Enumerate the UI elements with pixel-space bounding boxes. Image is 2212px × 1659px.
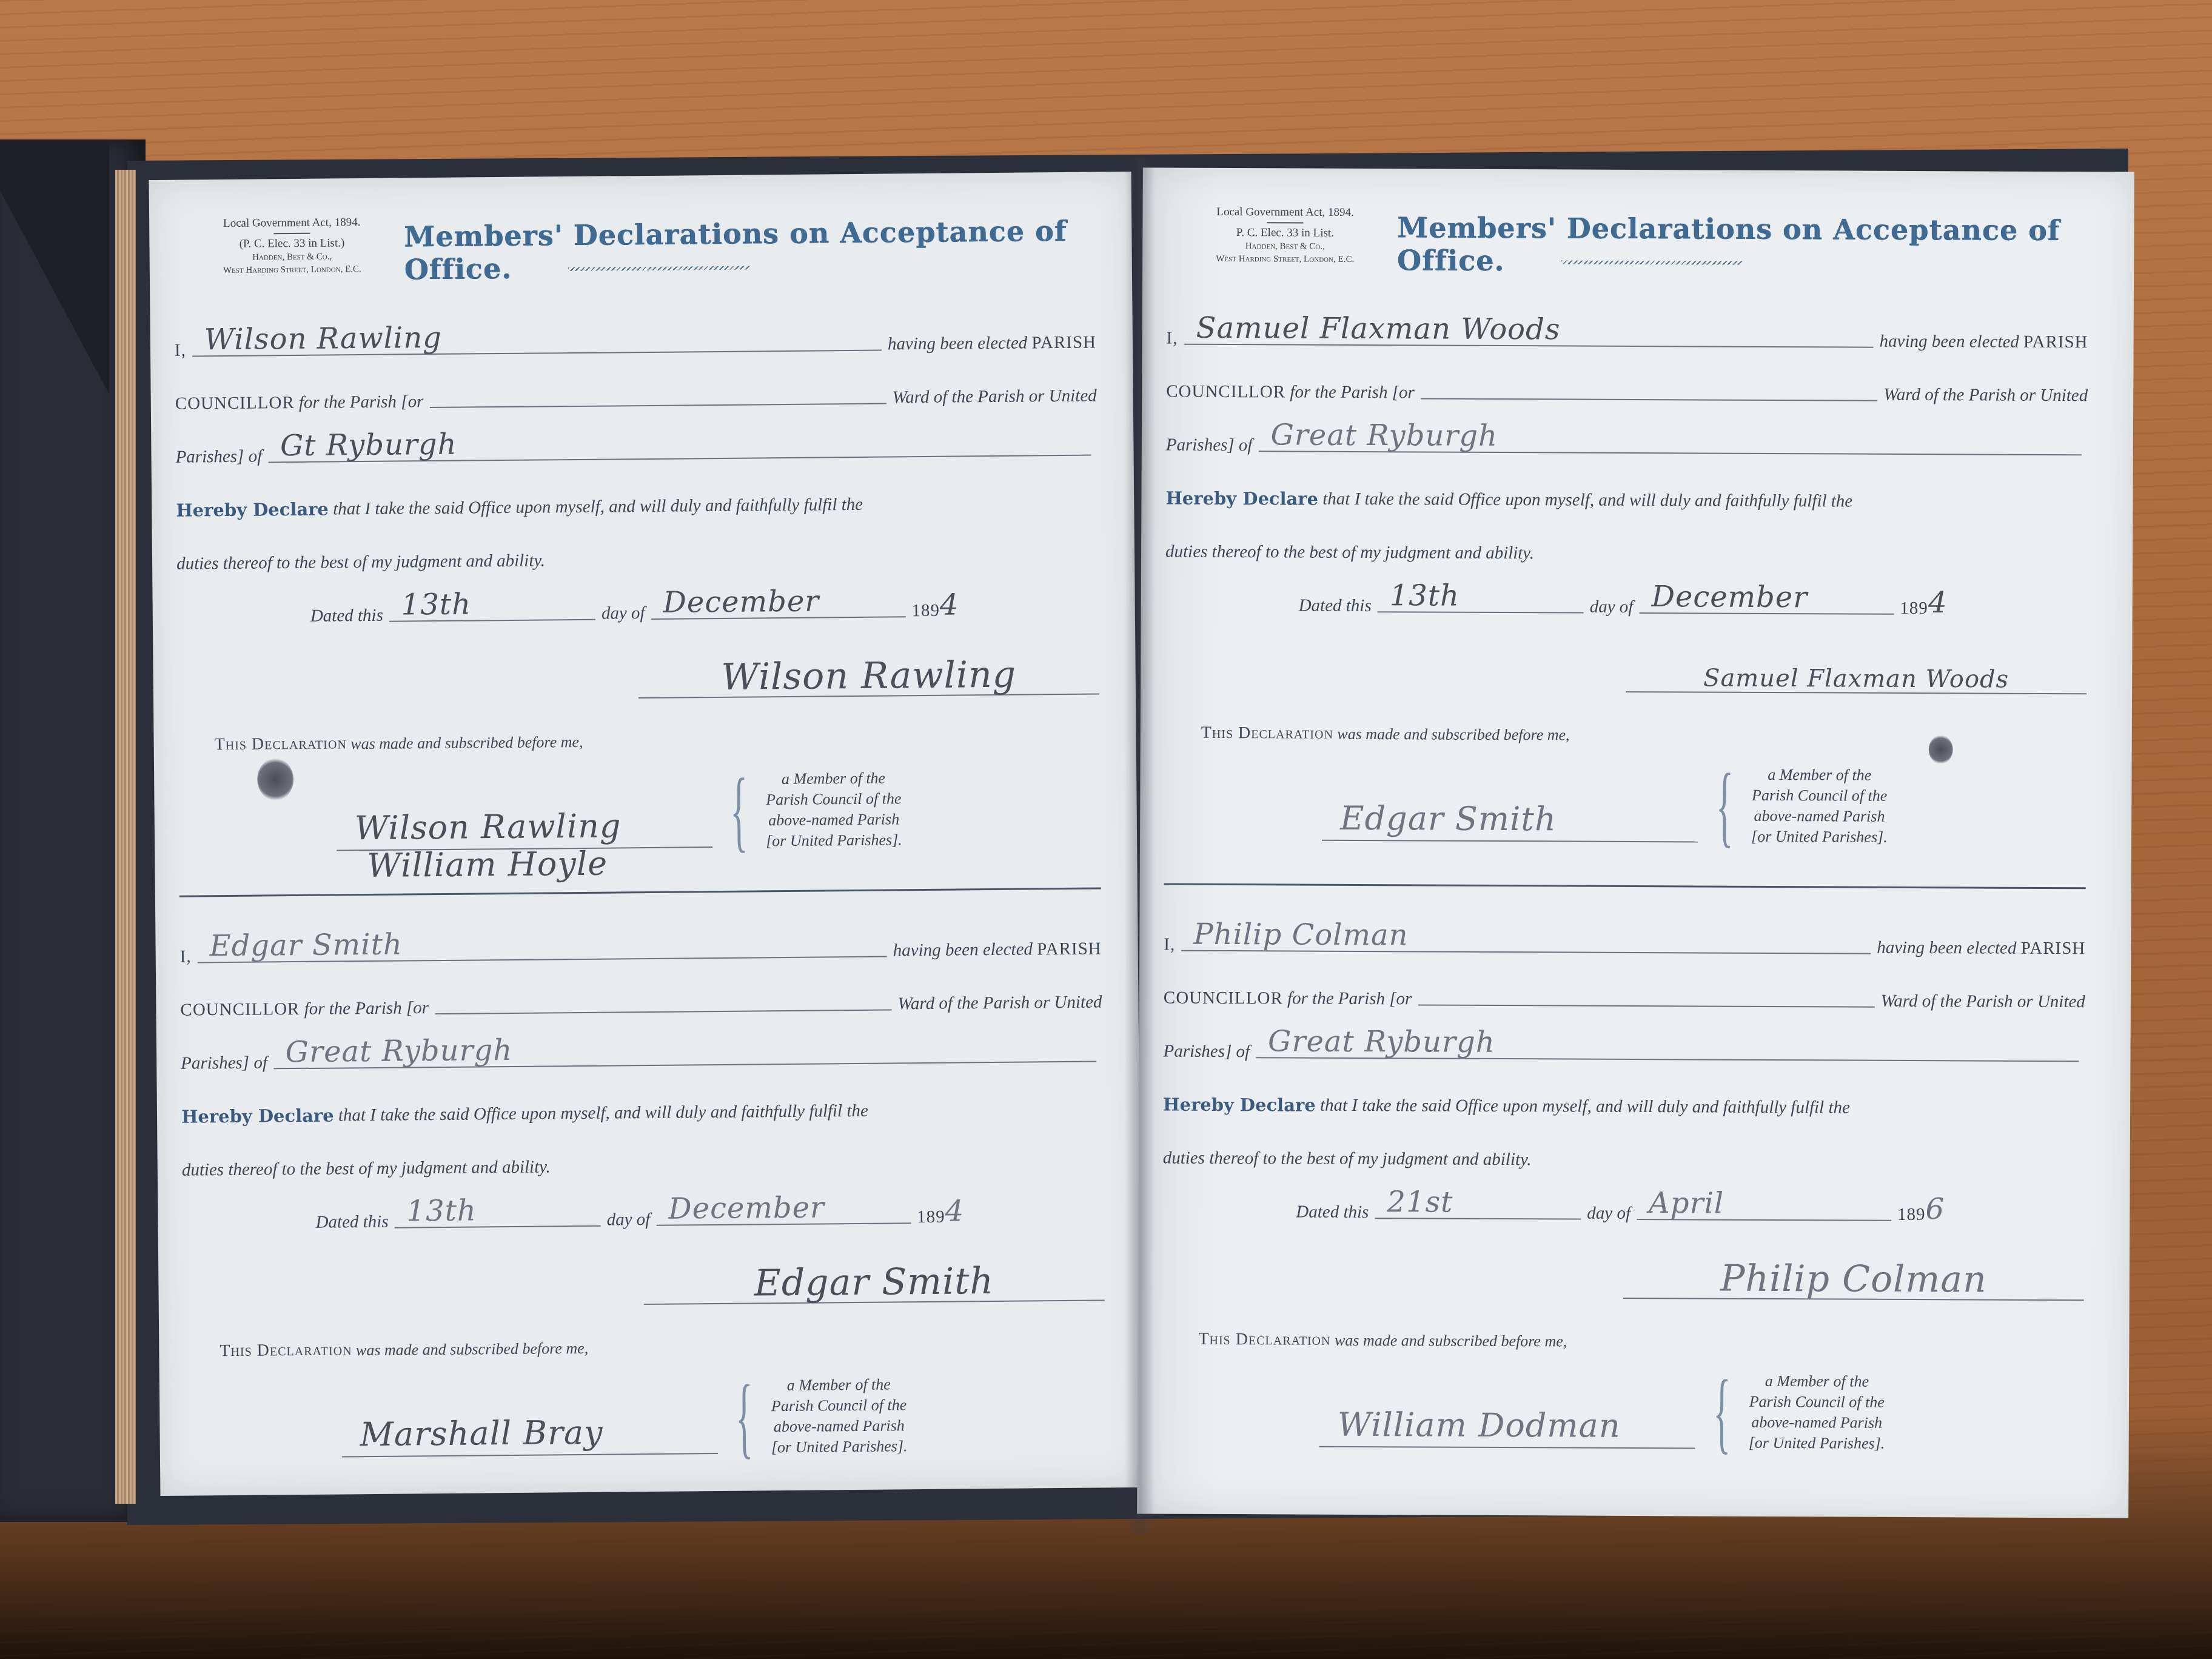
witness-signature: Edgar Smith: [1340, 802, 1557, 837]
name-row: I, Wilson Rawling having been elected PA…: [174, 299, 1096, 360]
member-name: Wilson Rawling: [204, 323, 443, 355]
declaration-block: I, Edgar Smith having been elected PARIS…: [179, 905, 1106, 1482]
year-prefix: 189: [911, 601, 940, 621]
witness-signature: Marshall Bray: [360, 1416, 603, 1452]
ward-field: [435, 973, 892, 1014]
page-header: Local Government Act, 1894. (P. C. Elec.…: [179, 196, 1102, 301]
duties-row: duties thereof to the best of my judgmen…: [181, 1119, 1104, 1180]
witness-line: Edgar Smith: [1322, 767, 1698, 843]
publisher: Hadden, Best & Co.,: [192, 250, 392, 264]
parish-row: Parishes] of Great Ryburgh: [1166, 402, 2088, 460]
month-value: December: [663, 586, 819, 618]
duties-row: duties thereof to the best of my judgmen…: [1165, 509, 2087, 566]
name-field: Samuel Flaxman Woods: [1184, 307, 1873, 348]
ward-row: COUNCILLOR for the Parish [or Ward of th…: [1166, 349, 2088, 406]
month-field: December: [656, 1186, 911, 1226]
name-row: I, Samuel Flaxman Woods having been elec…: [1167, 295, 2088, 353]
name-row: I, Philip Colman having been elected PAR…: [1164, 902, 2085, 959]
member-note: a Member of the Parish Council of the ab…: [771, 1375, 908, 1458]
signature-line: Samuel Flaxman Woods: [1626, 631, 2086, 694]
signature-row: Wilson Rawling: [177, 619, 1099, 706]
member-signature: Wilson Rawling: [721, 657, 1016, 697]
member-signature: Edgar Smith: [754, 1263, 994, 1302]
day-field: 21st: [1375, 1181, 1581, 1219]
declaration-block: I, Philip Colman having been elected PAR…: [1161, 902, 2085, 1475]
brace-icon: {: [1716, 760, 1734, 851]
witness-signature: William Dodman: [1338, 1409, 1621, 1444]
declare-row: Hereby Declare that I take the said Offi…: [181, 1065, 1103, 1127]
day-field: 13th: [1378, 575, 1584, 613]
i-prefix: I,: [175, 341, 186, 361]
parish-field: Great Ryburgh: [1256, 1021, 2079, 1062]
book-gutter: [1125, 158, 1155, 1534]
ink-blot: [257, 758, 294, 801]
witness-row: William Dodman { a Member of the Parish …: [1161, 1349, 2083, 1475]
made-before: was made and subscribed before me,: [350, 733, 583, 753]
date-row: Dated this 13th day of December 1894: [1165, 562, 2087, 620]
witness-line: Wilson Rawling William Hoyle: [336, 774, 712, 851]
date-row: Dated this 21st day of April 1896: [1162, 1168, 2084, 1226]
member-name: Philip Colman: [1193, 920, 1408, 951]
duties-row: duties thereof to the best of my judgmen…: [1163, 1115, 2085, 1173]
witness-signature: Wilson Rawling: [355, 809, 622, 846]
ward-label: Ward of the Parish or United: [893, 386, 1097, 407]
parish-label: PARISH: [1031, 332, 1096, 353]
month-value: December: [1651, 582, 1808, 613]
day-value: 21st: [1387, 1187, 1453, 1218]
section-divider: [1164, 883, 2086, 890]
member-signature: Philip Colman: [1720, 1261, 1987, 1299]
month-field: December: [651, 580, 906, 620]
form-reference: P. C. Elec. 33 in List.: [1185, 224, 1385, 241]
parish-field: Great Ryburgh: [273, 1025, 1096, 1070]
right-page: Local Government Act, 1894. P. C. Elec. …: [1137, 167, 2134, 1518]
form-imprint: Local Government Act, 1894. (P. C. Elec.…: [192, 215, 392, 277]
member-note: a Member of the Parish Council of the ab…: [1751, 765, 1888, 847]
duties-text: duties thereof to the best of my judgmen…: [176, 551, 545, 574]
signature-line: Wilson Rawling: [638, 632, 1099, 699]
member-name: Edgar Smith: [209, 930, 403, 962]
parish-row: Parishes] of Great Ryburgh: [181, 1012, 1103, 1073]
member-name: Samuel Flaxman Woods: [1196, 313, 1561, 346]
name-field: Wilson Rawling: [192, 313, 882, 357]
name-field: Edgar Smith: [197, 920, 887, 964]
parish-field: Gt Ryburgh: [268, 418, 1091, 463]
dated-label: Dated this: [310, 606, 383, 626]
form-imprint: Local Government Act, 1894. P. C. Elec. …: [1185, 204, 1385, 266]
this-declaration: This Declaration: [215, 734, 347, 754]
declaration-block: I, Wilson Rawling having been elected PA…: [174, 299, 1101, 876]
year-suffix: 4: [940, 590, 959, 620]
declaration-block: I, Samuel Flaxman Woods having been elec…: [1164, 295, 2088, 868]
ward-row: COUNCILLOR for the Parish [or Ward of th…: [1164, 955, 2085, 1013]
parish-name: Great Ryburgh: [1268, 1027, 1495, 1058]
ward-field: [1418, 968, 1875, 1007]
publisher-address: West Harding Street, London, E.C.: [192, 263, 392, 276]
divider: [273, 232, 310, 234]
parish-name: Great Ryburgh: [286, 1036, 513, 1068]
signature-line: Edgar Smith: [643, 1239, 1105, 1305]
name-row: I, Edgar Smith having been elected PARIS…: [179, 905, 1102, 967]
divider: [1267, 222, 1303, 223]
day-value: 13th: [406, 1196, 477, 1227]
declare-row: Hereby Declare that I take the said Offi…: [176, 459, 1098, 520]
ward-row: COUNCILLOR for the Parish [or Ward of th…: [175, 352, 1097, 414]
witness-row: Marshall Bray { a Member of the Parish C…: [184, 1353, 1107, 1482]
month-value: April: [1649, 1188, 1724, 1219]
brace-icon: {: [1713, 1367, 1731, 1458]
form-title: Members' Declarations on Acceptance of O…: [404, 214, 1102, 286]
witness-row: Wilson Rawling William Hoyle { a Member …: [178, 746, 1101, 876]
parish-field: Great Ryburgh: [1258, 414, 2082, 455]
declare-row: Hereby Declare that I take the said Offi…: [1165, 455, 2087, 513]
elected-label: having been elected: [888, 333, 1028, 354]
date-row: Dated this 13th day of December 1894: [176, 566, 1099, 627]
act-reference: Local Government Act, 1894.: [192, 215, 392, 232]
for-parish-label: for the Parish [or: [299, 392, 424, 413]
parishes-of-label: Parishes] of: [175, 446, 262, 467]
parish-row: Parishes] of Great Ryburgh: [1163, 1008, 2085, 1066]
day-of-label: day of: [602, 603, 645, 624]
parish-row: Parishes] of Gt Ryburgh: [175, 406, 1098, 467]
before-row: This Declaration was made and subscribed…: [183, 1304, 1105, 1361]
brace-icon: {: [730, 765, 748, 856]
member-signature: Samuel Flaxman Woods: [1703, 666, 2009, 692]
section-divider: [179, 887, 1101, 897]
publisher-address: West Harding Street, London, E.C.: [1185, 252, 1385, 266]
day-value: 13th: [1390, 581, 1460, 612]
witness-line: William Dodman: [1319, 1373, 1696, 1449]
before-row: This Declaration was made and subscribed…: [178, 698, 1100, 754]
page-header: Local Government Act, 1894. P. C. Elec. …: [1173, 192, 2095, 293]
name-field: Philip Colman: [1181, 914, 1871, 954]
month-field: April: [1637, 1182, 1891, 1221]
member-note: a Member of the Parish Council of the ab…: [765, 768, 902, 851]
signature-line: Philip Colman: [1623, 1237, 2084, 1301]
witness-row: Edgar Smith { a Member of the Parish Cou…: [1164, 743, 2086, 868]
page-edges: [115, 170, 136, 1504]
ink-blot: [1929, 735, 1953, 764]
act-reference: Local Government Act, 1894.: [1185, 204, 1385, 221]
declare-row: Hereby Declare that I take the said Offi…: [1163, 1062, 2085, 1119]
councillor-label: COUNCILLOR: [175, 393, 295, 414]
day-value: 13th: [401, 589, 472, 620]
witness-line: Marshall Bray: [341, 1380, 718, 1457]
hereby-declare: Hereby Declare: [176, 499, 329, 521]
signature-row: Philip Colman: [1162, 1222, 2085, 1305]
parish-name: Gt Ryburgh: [280, 430, 457, 462]
form-title: Members' Declarations on Acceptance of O…: [1397, 211, 2094, 280]
member-note: a Member of the Parish Council of the ab…: [1749, 1371, 1885, 1453]
day-field: 13th: [394, 1189, 601, 1228]
publisher: Hadden, Best & Co.,: [1185, 240, 1385, 253]
signature-row: Samuel Flaxman Woods: [1165, 615, 2087, 699]
day-field: 13th: [389, 583, 595, 622]
left-page: Local Government Act, 1894. (P. C. Elec.…: [149, 172, 1143, 1496]
before-row: This Declaration was made and subscribed…: [1162, 1301, 2083, 1353]
signature-row: Edgar Smith: [183, 1225, 1105, 1312]
month-value: December: [668, 1193, 825, 1224]
brace-icon: {: [735, 1371, 753, 1462]
duties-row: duties thereof to the best of my judgmen…: [176, 512, 1098, 574]
witness-signature-second: William Hoyle: [367, 848, 608, 883]
month-field: December: [1639, 576, 1894, 615]
ward-field: [429, 367, 886, 409]
form-reference: (P. C. Elec. 33 in List.): [192, 235, 392, 252]
parish-name: Great Ryburgh: [1270, 420, 1498, 452]
date-row: Dated this 13th day of December 1894: [182, 1172, 1104, 1233]
ward-field: [1421, 361, 1878, 401]
ward-row: COUNCILLOR for the Parish [or Ward of th…: [180, 959, 1102, 1020]
